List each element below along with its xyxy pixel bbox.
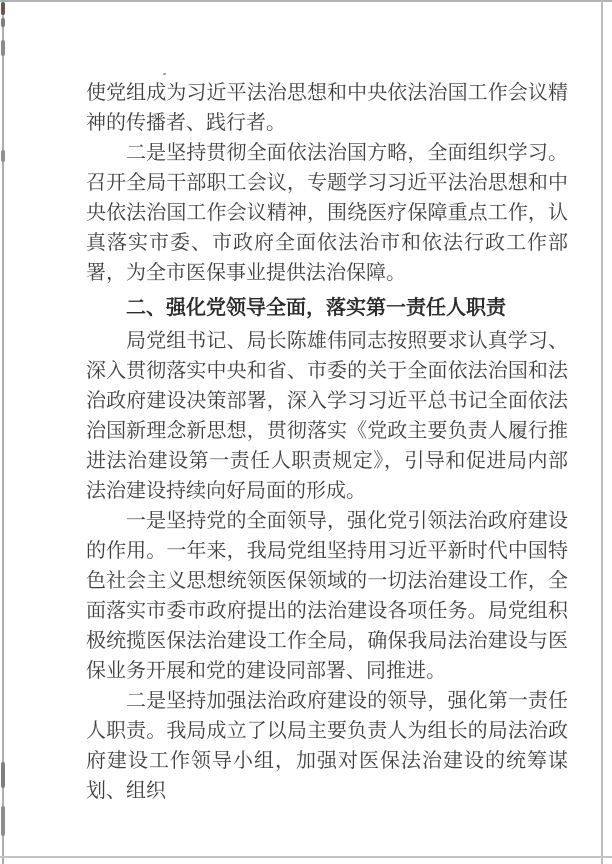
scan-artifact [1,18,5,27]
section-heading: 二、强化党领导全面，落实第一责任人职责 [86,293,568,323]
document-body: 使党组成为习近平法治思想和中央依法治国工作会议精神的传播者、践行者。 二是坚持贯… [86,78,568,806]
scan-artifact [1,40,5,56]
paragraph: 二是坚持贯彻全面依法治国方略，全面组织学习。召开全局干部职工会议，专题学习习近平… [86,138,568,288]
document-page: 使党组成为习近平法治思想和中央依法治国工作会议精神的传播者、践行者。 二是坚持贯… [0,0,612,864]
paragraph: 一是坚持党的全面领导，强化党引领法治政府建设的作用。一年来，我局党组坚持用习近平… [86,506,568,686]
paragraph: 局党组书记、局长陈雄伟同志按照要求认真学习、深入贯彻落实中央和省、市委的关于全面… [86,326,568,506]
scan-edge-right [601,0,603,864]
scan-speck [163,73,166,75]
scan-edge-left [2,0,4,864]
scan-artifact [1,762,5,788]
screenshot-stage: 使党组成为习近平法治思想和中央依法治国工作会议精神的传播者、践行者。 二是坚持贯… [0,0,612,864]
paragraph: 二是坚持加强法治政府建设的领导，强化第一责任人职责。我局成立了以局主要负责人为组… [86,686,568,806]
scan-edge-top [0,0,612,2]
scan-edge-bottom [0,856,612,858]
scan-artifact [1,806,5,836]
scan-artifact [1,2,5,15]
scan-artifact [1,150,5,162]
paragraph-continuation: 使党组成为习近平法治思想和中央依法治国工作会议精神的传播者、践行者。 [86,78,568,138]
